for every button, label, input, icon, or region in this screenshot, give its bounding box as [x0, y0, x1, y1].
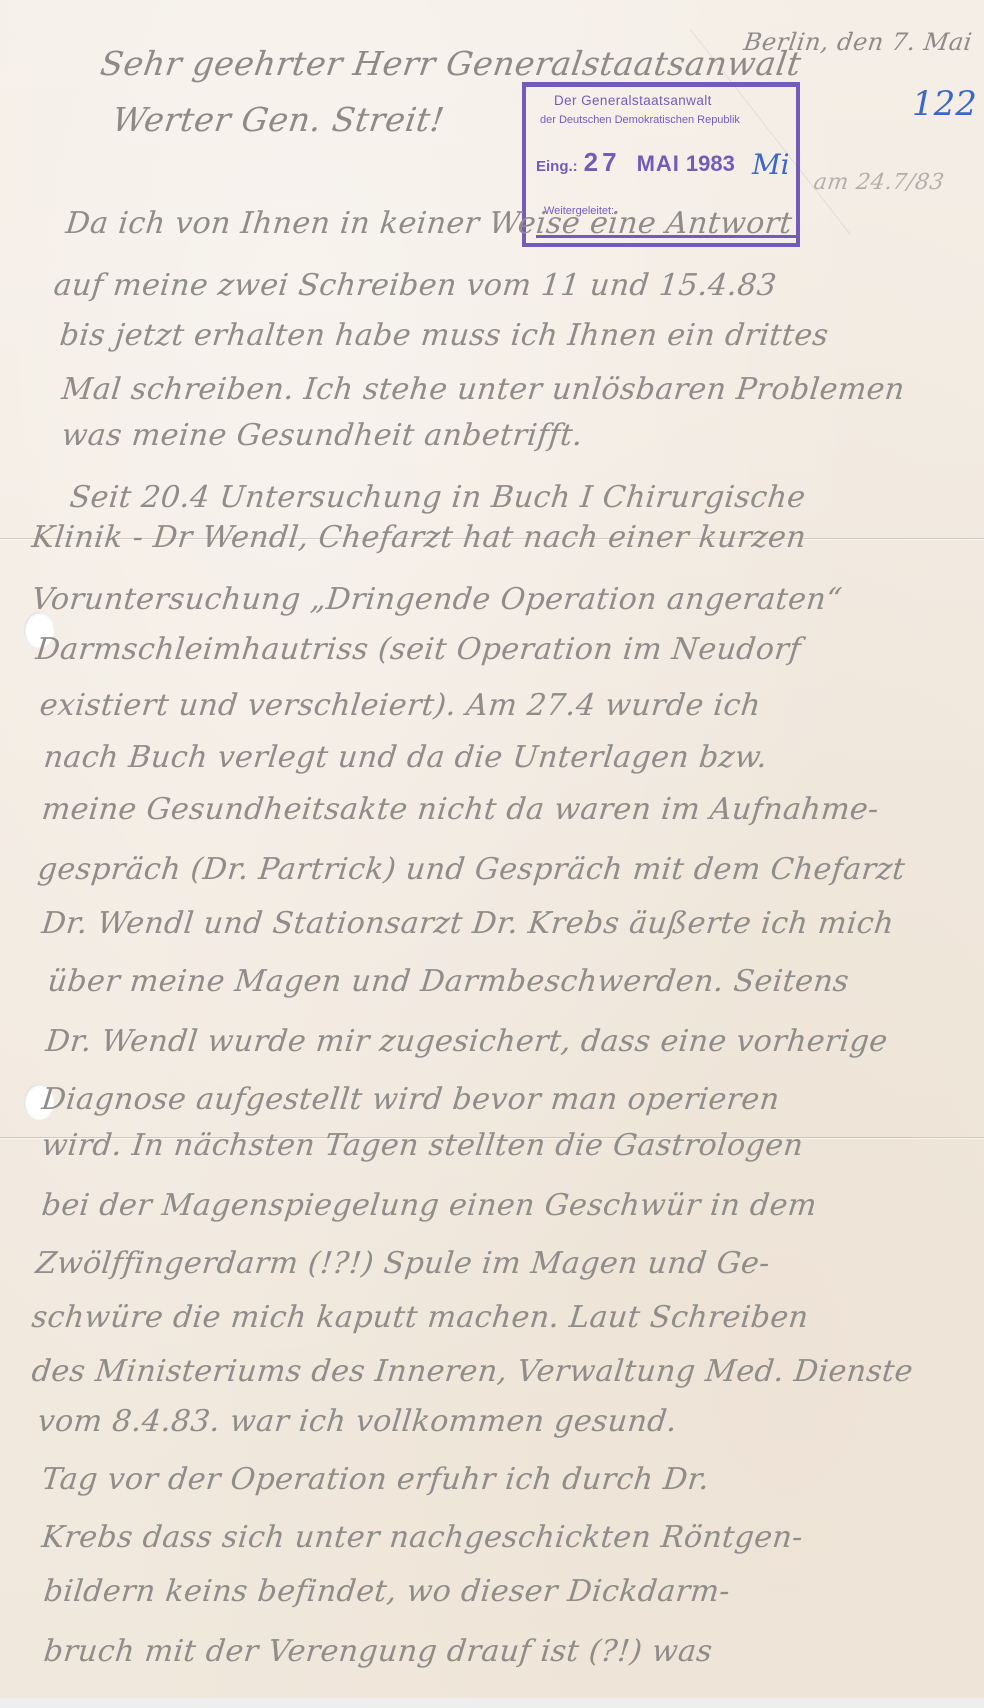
- body-line: gespräch (Dr. Partrick) und Gespräch mit…: [36, 852, 907, 887]
- salutation-line-2: Werter Gen. Streit!: [110, 100, 447, 139]
- body-line: Klinik - Dr Wendl, Chefarzt hat nach ein…: [30, 520, 808, 555]
- body-line: Mal schreiben. Ich stehe unter unlösbare…: [60, 372, 906, 407]
- body-line: meine Gesundheitsakte nicht da waren im …: [40, 792, 880, 827]
- body-line: nach Buch verlegt und da die Unterlagen …: [42, 740, 769, 775]
- stamp-authority: Der Generalstaatsanwalt: [554, 93, 712, 108]
- stamp-month: MAI: [637, 151, 680, 177]
- pencil-date-note: am 24.7/83: [812, 170, 946, 195]
- body-line: Dr. Wendl und Stationsarzt Dr. Krebs äuß…: [40, 906, 896, 941]
- body-line: existiert und verschleiert). Am 27.4 wur…: [38, 688, 762, 723]
- stamp-day: 27: [584, 147, 621, 178]
- body-line: bis jetzt erhalten habe muss ich Ihnen e…: [58, 318, 830, 353]
- body-line: was meine Gesundheit anbetrifft.: [60, 418, 585, 453]
- body-line: Zwölffingerdarm (!?!) Spule im Magen und…: [34, 1246, 772, 1281]
- body-line: über meine Magen und Darmbeschwerden. Se…: [46, 964, 851, 999]
- body-line: Tag vor der Operation erfuhr ich durch D…: [40, 1462, 711, 1497]
- body-line: bildern keins befindet, wo dieser Dickda…: [42, 1574, 732, 1609]
- body-line: wird. In nächsten Tagen stellten die Gas…: [40, 1128, 805, 1163]
- body-line: Voruntersuchung „Dringende Operation ang…: [30, 582, 844, 617]
- body-line: Da ich von Ihnen in keiner Weise eine An…: [64, 206, 794, 241]
- body-line: Dr. Wendl wurde mir zugesichert, dass ei…: [44, 1024, 889, 1059]
- salutation-line-1: Sehr geehrter Herr Generalstaatsanwalt: [98, 44, 804, 83]
- body-line: bei der Magenspiegelung einen Geschwür i…: [40, 1188, 819, 1223]
- body-line: Darmschleimhautriss (seit Operation im N…: [34, 632, 803, 667]
- body-line: Krebs dass sich unter nachgeschickten Rö…: [40, 1520, 805, 1555]
- body-line: des Ministeriums des Inneren, Verwaltung…: [30, 1354, 915, 1389]
- body-line: bruch mit der Verengung drauf ist (?!) w…: [42, 1634, 714, 1669]
- stamp-year: 1983: [686, 151, 735, 177]
- body-line: auf meine zwei Schreiben vom 11 und 15.4…: [52, 268, 778, 303]
- stamp-received-date: Eing.: 27 MAI 1983: [536, 147, 735, 178]
- page-number-annotation: 122: [912, 84, 977, 124]
- stamp-country: der Deutschen Demokratischen Republik: [540, 114, 740, 126]
- body-line: vom 8.4.83. war ich vollkommen gesund.: [36, 1404, 679, 1439]
- body-line: Diagnose aufgestellt wird bevor man oper…: [40, 1082, 781, 1117]
- letter-page: Berlin, den 7. Mai Sehr geehrter Herr Ge…: [0, 0, 984, 1698]
- scan-border: [0, 1698, 984, 1708]
- body-line: Seit 20.4 Untersuchung in Buch I Chirurg…: [68, 480, 807, 515]
- stamp-received-label: Eing.:: [536, 158, 578, 175]
- body-line: schwüre die mich kaputt machen. Laut Sch…: [30, 1300, 810, 1335]
